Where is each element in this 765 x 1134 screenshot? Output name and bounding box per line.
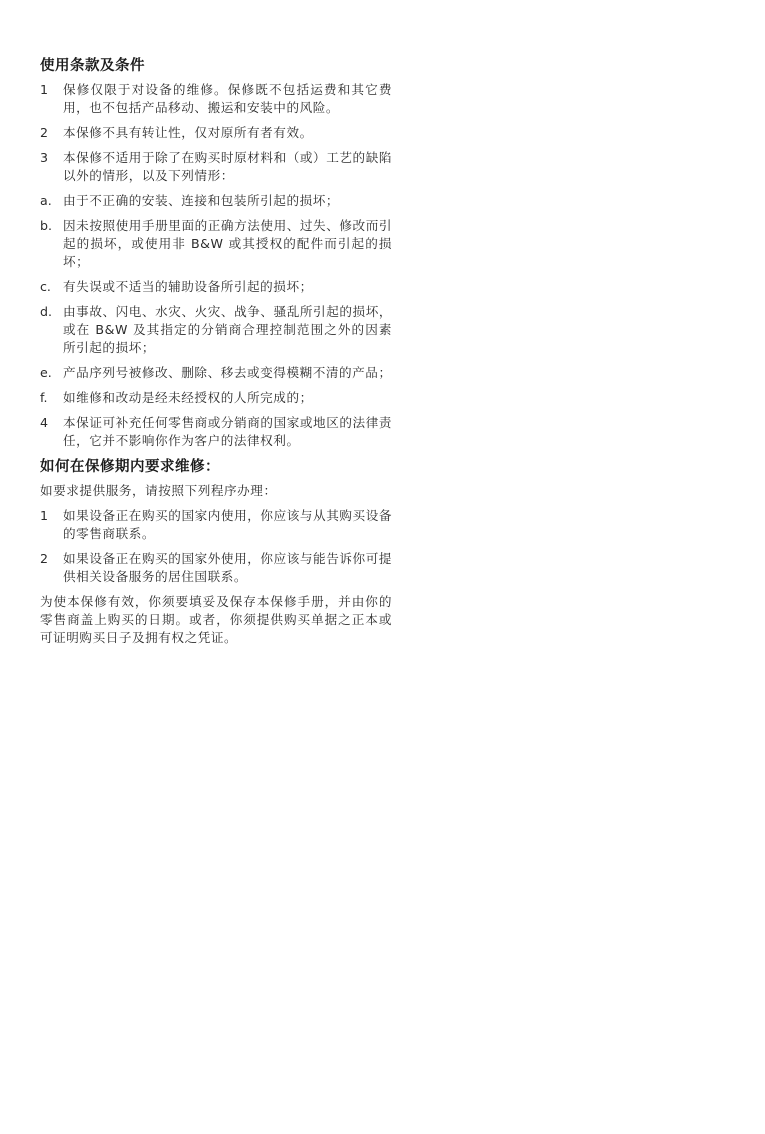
terms-subitem: c. 有失误或不适当的辅助设备所引起的损坏； (40, 278, 392, 296)
item-text: 本保修不适用于除了在购买时原材料和（或）工艺的缺陷以外的情形，以及下列情形： (63, 149, 392, 185)
item-marker: d. (40, 303, 63, 357)
item-marker: 4 (40, 414, 63, 450)
terms-subitem: e. 产品序列号被修改、删除、移去或变得模糊不清的产品； (40, 364, 392, 382)
service-item: 2 如果设备正在购买的国家外使用，你应该与能告诉你可提供相关设备服务的居住国联系… (40, 550, 392, 586)
item-text: 保修仅限于对设备的维修。保修既不包括运费和其它费用，也不包括产品移动、搬运和安装… (63, 81, 392, 117)
item-text: 因未按照使用手册里面的正确方法使用、过失、修改而引起的损坏，或使用非 B&W 或… (63, 217, 392, 271)
item-marker: b. (40, 217, 63, 271)
closing-paragraph: 为使本保修有效，你须要填妥及保存本保修手册，并由你的零售商盖上购买的日期。或者，… (40, 593, 392, 647)
item-marker: 2 (40, 124, 63, 142)
item-text: 本保修不具有转让性，仅对原所有者有效。 (63, 124, 392, 142)
item-marker: f. (40, 389, 63, 407)
item-text: 本保证可补充任何零售商或分销商的国家或地区的法律责任，它并不影响你作为客户的法律… (63, 414, 392, 450)
terms-item: 4 本保证可补充任何零售商或分销商的国家或地区的法律责任，它并不影响你作为客户的… (40, 414, 392, 450)
terms-item: 3 本保修不适用于除了在购买时原材料和（或）工艺的缺陷以外的情形，以及下列情形： (40, 149, 392, 185)
item-marker: 3 (40, 149, 63, 185)
item-text: 由事故、闪电、水灾、火灾、战争、骚乱所引起的损坏，或在 B&W 及其指定的分销商… (63, 303, 392, 357)
terms-item: 1 保修仅限于对设备的维修。保修既不包括运费和其它费用，也不包括产品移动、搬运和… (40, 81, 392, 117)
item-marker: a. (40, 192, 63, 210)
terms-subitem: a. 由于不正确的安装、连接和包装所引起的损坏； (40, 192, 392, 210)
service-item: 1 如果设备正在购买的国家内使用，你应该与从其购买设备的零售商联系。 (40, 507, 392, 543)
item-marker: c. (40, 278, 63, 296)
item-marker: e. (40, 364, 63, 382)
terms-subitem: b. 因未按照使用手册里面的正确方法使用、过失、修改而引起的损坏，或使用非 B&… (40, 217, 392, 271)
item-marker: 1 (40, 507, 63, 543)
terms-subitem: f. 如维修和改动是经未经授权的人所完成的； (40, 389, 392, 407)
item-marker: 1 (40, 81, 63, 117)
item-text: 如果设备正在购买的国家内使用，你应该与从其购买设备的零售商联系。 (63, 507, 392, 543)
item-text: 如果设备正在购买的国家外使用，你应该与能告诉你可提供相关设备服务的居住国联系。 (63, 550, 392, 586)
item-text: 由于不正确的安装、连接和包装所引起的损坏； (63, 192, 392, 210)
warranty-page: 使用条款及条件 1 保修仅限于对设备的维修。保修既不包括运费和其它费用，也不包括… (40, 56, 392, 654)
terms-item: 2 本保修不具有转让性，仅对原所有者有效。 (40, 124, 392, 142)
item-text: 有失误或不适当的辅助设备所引起的损坏； (63, 278, 392, 296)
terms-subitem: d. 由事故、闪电、水灾、火灾、战争、骚乱所引起的损坏，或在 B&W 及其指定的… (40, 303, 392, 357)
terms-heading: 使用条款及条件 (40, 56, 392, 76)
service-intro: 如要求提供服务，请按照下列程序办理： (40, 482, 392, 500)
item-text: 如维修和改动是经未经授权的人所完成的； (63, 389, 392, 407)
item-text: 产品序列号被修改、删除、移去或变得模糊不清的产品； (63, 364, 392, 382)
service-heading: 如何在保修期内要求维修： (40, 457, 392, 477)
item-marker: 2 (40, 550, 63, 586)
